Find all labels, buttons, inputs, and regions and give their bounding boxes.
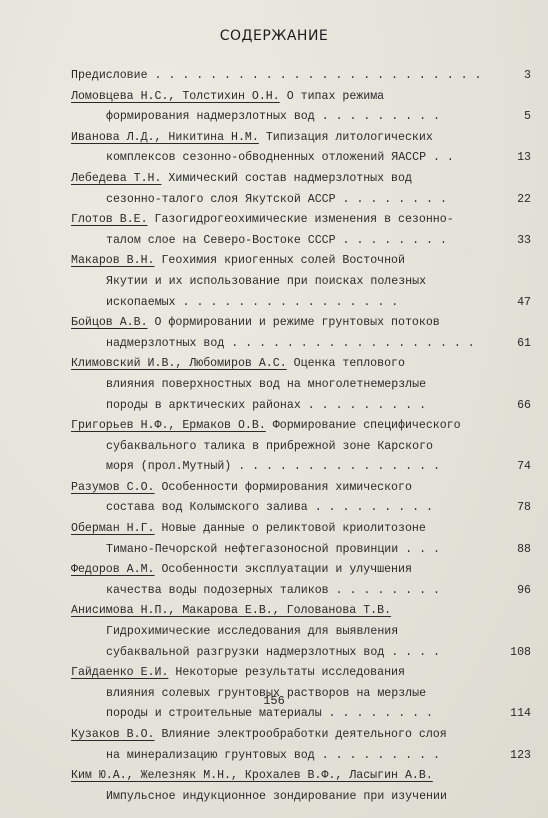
toc-leader-dots: . . [426, 151, 454, 164]
toc-line: комплексов сезонно-обводненных отложений… [71, 148, 531, 169]
toc-authors: Ким Ю.А., Железняк М.Н., Крохалев В.Ф., … [71, 769, 433, 782]
toc-page-number: 47 [517, 293, 531, 314]
toc-title-text: Новые данные о реликтовой криолитозоне [161, 522, 425, 535]
toc-line: сезонно-талого слоя Якутской АССР . . . … [71, 190, 531, 211]
toc-line: Гайдаенко Е.И. Некоторые результаты иссл… [71, 663, 531, 684]
toc-line: Лебедева Т.Н. Химический состав надмерзл… [71, 169, 531, 190]
toc-title-text: Импульсное индукционное зондирование при… [106, 790, 447, 803]
toc-page-number: 3 [524, 66, 531, 87]
toc-authors: Григорьев Н.Ф., Ермаков О.В. [71, 419, 266, 432]
toc-title-text: формирования надмерзлотных вод [106, 110, 315, 123]
toc-line: Макаров В.Н. Геохимия криогенных солей В… [71, 251, 531, 272]
toc-page-number: 61 [517, 334, 531, 355]
toc-title-text: О типах режима [287, 90, 384, 103]
toc-line: Федоров А.М. Особенности эксплуатации и … [71, 560, 531, 581]
toc-entry: Лебедева Т.Н. Химический состав надмерзл… [71, 169, 531, 210]
toc-leader-dots: . . . . . . . . [329, 584, 440, 597]
toc-leader-dots: . . . [398, 543, 440, 556]
toc-title-text: Особенности эксплуатации и улучшения [161, 563, 411, 576]
toc-leader-dots: . . . . . . . . [336, 234, 447, 247]
toc-title-text: породы в арктических районах [106, 399, 301, 412]
toc-authors: Оберман Н.Г. [71, 522, 155, 535]
toc-title-text: надмерзлотных вод [106, 337, 224, 350]
toc-leader-dots: . . . . . . . . [322, 707, 433, 720]
toc-title-text: Химический состав надмерзлотных вод [168, 172, 412, 185]
toc-line: Климовский И.В., Любомиров А.С. Оценка т… [71, 354, 531, 375]
toc-line: на минерализацию грунтовых вод . . . . .… [71, 746, 531, 767]
toc-leader-dots: . . . . . . . . . . . . . . . [231, 460, 440, 473]
toc-line: субаквальной разгрузки надмерзлотных вод… [71, 643, 531, 664]
toc-title-text: Газогидрогеохимические изменения в сезон… [155, 213, 454, 226]
toc-leader-dots: . . . . . . . . . . . . . . . . . . [224, 337, 474, 350]
toc-line: Бойцов А.В. О формировании и режиме грун… [71, 313, 531, 334]
toc-line: формирования надмерзлотных вод . . . . .… [71, 107, 531, 128]
toc-title-text: Якутии и их использование при поисках по… [106, 275, 426, 288]
toc-line: Ким Ю.А., Железняк М.Н., Крохалев В.Ф., … [71, 766, 531, 787]
toc-leader-dots: . . . . . . . . . [315, 110, 440, 123]
toc-authors: Лебедева Т.Н. [71, 172, 161, 185]
toc-authors: Ломовцева Н.С., Толстихин О.Н. [71, 90, 280, 103]
toc-authors: Бойцов А.В. [71, 316, 148, 329]
toc-leader-dots: . . . . [384, 646, 440, 659]
toc-title-text: Предисловие [71, 69, 148, 82]
toc-line: Предисловие . . . . . . . . . . . . . . … [71, 66, 531, 87]
toc-line: талом слое на Северо-Востоке СССР . . . … [71, 231, 531, 252]
toc-title-text: состава вод Колымского залива [106, 501, 308, 514]
toc-line: Глотов В.Е. Газогидрогеохимические измен… [71, 210, 531, 231]
toc-title-text: О формировании и режиме грунтовых потоко… [155, 316, 440, 329]
toc-page-number: 22 [517, 190, 531, 211]
toc-entry: Бойцов А.В. О формировании и режиме грун… [71, 313, 531, 354]
toc-page-number: 96 [517, 581, 531, 602]
toc-line: моря (прол.Мутный) . . . . . . . . . . .… [71, 457, 531, 478]
toc-line: качества воды подозерных таликов . . . .… [71, 581, 531, 602]
toc-line: влияния поверхностных вод на многолетнем… [71, 375, 531, 396]
toc-entry: Оберман Н.Г. Новые данные о реликтовой к… [71, 519, 531, 560]
toc-page-number: 66 [517, 396, 531, 417]
toc-authors: Макаров В.Н. [71, 254, 155, 267]
toc-page-number: 5 [524, 107, 531, 128]
toc-line: Оберман Н.Г. Новые данные о реликтовой к… [71, 519, 531, 540]
toc-line: Кузаков В.О. Влияние электрообработки де… [71, 725, 531, 746]
toc-title-text: ископаемых [106, 296, 176, 309]
toc-title-text: Гидрохимические исследования для выявлен… [106, 625, 398, 638]
toc-authors: Глотов В.Е. [71, 213, 148, 226]
toc-title-text: талом слое на Северо-Востоке СССР [106, 234, 336, 247]
toc-entry: Глотов В.Е. Газогидрогеохимические измен… [71, 210, 531, 251]
toc-title-text: на минерализацию грунтовых вод [106, 749, 315, 762]
toc-line: Гидрохимические исследования для выявлен… [71, 622, 531, 643]
toc-entry: Разумов С.О. Особенности формирования хи… [71, 478, 531, 519]
toc-entry: Анисимова Н.П., Макарова Е.В., Голованов… [71, 601, 531, 663]
toc-entry: Предисловие . . . . . . . . . . . . . . … [71, 66, 531, 87]
toc-authors: Федоров А.М. [71, 563, 155, 576]
toc-leader-dots: . . . . . . . . . . . . . . . . . . . . … [148, 69, 482, 82]
toc-entry: Иванова Л.Д., Никитина Н.М. Типизация ли… [71, 128, 531, 169]
toc-authors: Кузаков В.О. [71, 728, 155, 741]
toc-line: Импульсное индукционное зондирование при… [71, 787, 531, 808]
toc-title-text: Оценка теплового [294, 357, 405, 370]
toc-title-text: Некоторые результаты исследования [175, 666, 405, 679]
toc-leader-dots: . . . . . . . . . [315, 749, 440, 762]
toc-line: Григорьев Н.Ф., Ермаков О.В. Формировани… [71, 416, 531, 437]
document-page: СОДЕРЖАНИЕ Предисловие . . . . . . . . .… [0, 0, 548, 818]
toc-line: ископаемых . . . . . . . . . . . . . . .… [71, 293, 531, 314]
toc-title-text: Тимано-Печорской нефтегазоносной провинц… [106, 543, 398, 556]
toc-entry: Кузаков В.О. Влияние электрообработки де… [71, 725, 531, 766]
toc-title-text: Особенности формирования химического [161, 481, 411, 494]
toc-title-text: качества воды подозерных таликов [106, 584, 329, 597]
toc-line: Тимано-Печорской нефтегазоносной провинц… [71, 540, 531, 561]
toc-line: Якутии и их использование при поисках по… [71, 272, 531, 293]
toc-entry: Ломовцева Н.С., Толстихин О.Н. О типах р… [71, 87, 531, 128]
toc-leader-dots: . . . . . . . . . [308, 501, 433, 514]
page-number: 156 [0, 694, 548, 708]
toc-authors: Анисимова Н.П., Макарова Е.В., Голованов… [71, 604, 391, 617]
toc-line: Иванова Л.Д., Никитина Н.М. Типизация ли… [71, 128, 531, 149]
toc-title-text: субаквального талика в прибрежной зоне К… [106, 440, 433, 453]
toc-title-text: породы и строительные материалы [106, 707, 322, 720]
toc-entry: Макаров В.Н. Геохимия криогенных солей В… [71, 251, 531, 313]
toc-entry: Климовский И.В., Любомиров А.С. Оценка т… [71, 354, 531, 416]
toc-page-number: 74 [517, 457, 531, 478]
toc-title-text: Формирование специфического [273, 419, 461, 432]
toc-line: породы в арктических районах . . . . . .… [71, 396, 531, 417]
toc-line: надмерзлотных вод . . . . . . . . . . . … [71, 334, 531, 355]
toc-line: субаквального талика в прибрежной зоне К… [71, 437, 531, 458]
page-title: СОДЕРЖАНИЕ [0, 28, 548, 44]
toc-title-text: комплексов сезонно-обводненных отложений… [106, 151, 426, 164]
toc-authors: Иванова Л.Д., Никитина Н.М. [71, 131, 259, 144]
toc-page-number: 78 [517, 498, 531, 519]
toc-title-text: моря (прол.Мутный) [106, 460, 231, 473]
toc-line: Ломовцева Н.С., Толстихин О.Н. О типах р… [71, 87, 531, 108]
toc-entry: Федоров А.М. Особенности эксплуатации и … [71, 560, 531, 601]
toc-line: Разумов С.О. Особенности формирования хи… [71, 478, 531, 499]
toc-entry: Ким Ю.А., Железняк М.Н., Крохалев В.Ф., … [71, 766, 531, 807]
toc-authors: Климовский И.В., Любомиров А.С. [71, 357, 287, 370]
toc-authors: Разумов С.О. [71, 481, 155, 494]
toc-title-text: Типизация литологических [266, 131, 433, 144]
toc-title-text: сезонно-талого слоя Якутской АССР [106, 193, 336, 206]
toc-page-number: 108 [510, 643, 531, 664]
toc-page-number: 33 [517, 231, 531, 252]
toc-leader-dots: . . . . . . . . . [301, 399, 426, 412]
toc-page-number: 88 [517, 540, 531, 561]
toc-leader-dots: . . . . . . . . . . . . . . . . [176, 296, 399, 309]
toc-title-text: Геохимия криогенных солей Восточной [161, 254, 405, 267]
toc-entry: Григорьев Н.Ф., Ермаков О.В. Формировани… [71, 416, 531, 478]
toc-title-text: субаквальной разгрузки надмерзлотных вод [106, 646, 384, 659]
toc-page-number: 13 [517, 148, 531, 169]
toc-page-number: 123 [510, 746, 531, 767]
toc-title-text: Влияние электрообработки деятельного сло… [161, 728, 446, 741]
toc-authors: Гайдаенко Е.И. [71, 666, 168, 679]
toc-leader-dots: . . . . . . . . [336, 193, 447, 206]
toc-line: состава вод Колымского залива . . . . . … [71, 498, 531, 519]
toc-title-text: влияния поверхностных вод на многолетнем… [106, 378, 426, 391]
toc-line: Анисимова Н.П., Макарова Е.В., Голованов… [71, 601, 531, 622]
